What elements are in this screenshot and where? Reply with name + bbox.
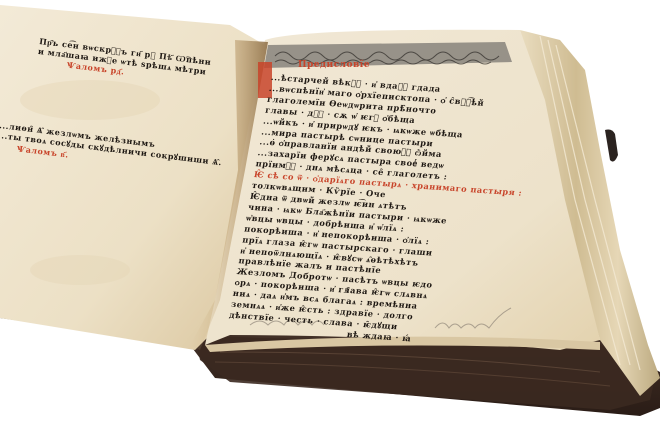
page-title: Предисловїе	[298, 60, 370, 70]
page-number: ѕ҃	[345, 285, 349, 295]
book-photo: Пр҃ъ се͡н вѡскрⷭ҇ъ ги҃ рꙋ Пѣ҃ Ѡ͡пѣни и м…	[0, 0, 660, 440]
right-page-text: ...ѣстарчей вѣкѡⷯ · и҆ вдаѧⷣ гдада ...вѡ…	[226, 72, 540, 350]
clasp	[605, 130, 618, 162]
